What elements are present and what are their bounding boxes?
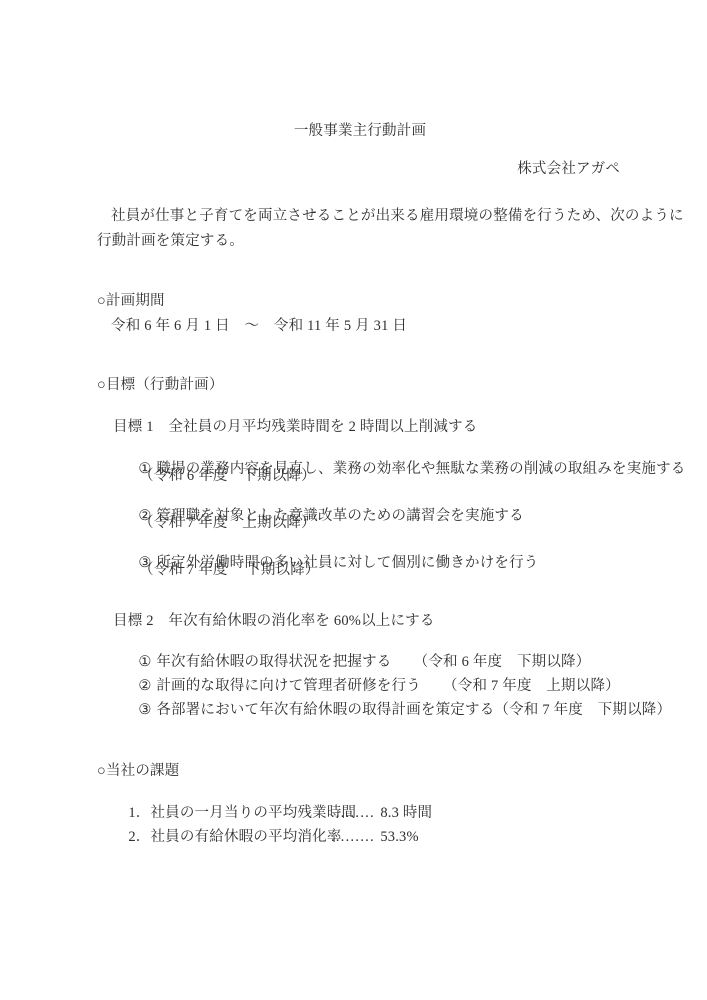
intro-line-1: 社員が仕事と子育てを両立させることが出来る雇用環境の整備を行うため、次のように	[111, 208, 684, 225]
issue-2-label: 2．社員の有給休暇の平均消化率	[128, 829, 330, 846]
goals-heading: ○目標（行動計画）	[97, 377, 224, 394]
issue-row-2: 2．社員の有給休暇の平均消化率………53.3%	[113, 812, 419, 863]
goal1-item-3-schedule: （令和 7 年度 下期以降）	[139, 562, 320, 579]
circled-number-3-marker: ③	[138, 702, 156, 719]
document-page: 一般事業主行動計画 株式会社アガペ 社員が仕事と子育てを両立させることが出来る雇…	[0, 0, 707, 1000]
goal2-item-3-text: 各部署において年次有給休暇の取得計画を策定する（令和 7 年度 下期以降）	[156, 702, 671, 718]
issues-heading: ○当社の課題	[97, 763, 179, 780]
goal1-item-2-schedule: （令和 7 年度 上期以降）	[139, 515, 316, 532]
page-title: 一般事業主行動計画	[0, 123, 707, 140]
period-range: 令和 6 年 6 月 1 日 ～ 令和 11 年 5 月 31 日	[111, 318, 407, 335]
goal1-title: 目標 1 全社員の月平均残業時間を 2 時間以上削減する	[113, 419, 477, 436]
intro-line-2: 行動計画を策定する。	[97, 233, 244, 250]
goal2-title: 目標 2 年次有給休暇の消化率を 60%以上にする	[113, 613, 435, 630]
issue-2-dot-leader: ………	[330, 829, 380, 846]
goal1-item-1-schedule: （令和 6 年度 下期以降）	[139, 468, 316, 485]
company-name: 株式会社アガペ	[0, 161, 620, 178]
period-heading: ○計画期間	[97, 293, 165, 310]
goal2-item-3: ③各部署において年次有給休暇の取得計画を策定する（令和 7 年度 下期以降）	[123, 685, 671, 736]
issue-2-value: 53.3%	[380, 829, 418, 846]
